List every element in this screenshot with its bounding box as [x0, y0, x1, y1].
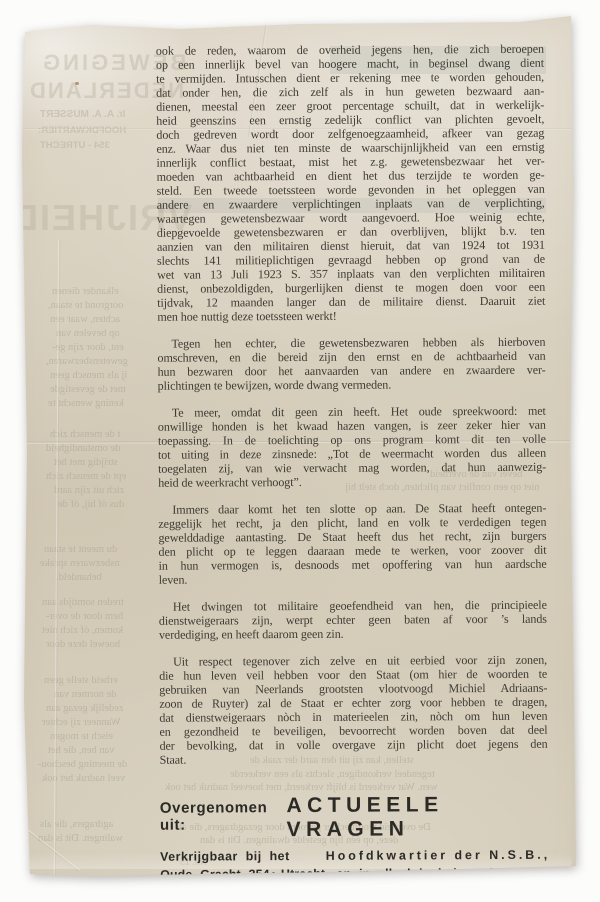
text-line: tijdvak, 12 maanden langer dan de milita… — [157, 294, 545, 310]
text-line: verdediging, en heeft daarom geen zin. — [159, 626, 547, 642]
footer-imprint: Overgenomen uit: ACTUEELE VRAGEN Verkrij… — [160, 793, 550, 882]
text-line: der bevolking, dat in volle overgave zij… — [160, 737, 548, 753]
text-line: men hoe nuttig deze toetssteen werkt! — [157, 308, 545, 324]
availability-line: Verkrijgbaar bij het Hoofdkwartier der N… — [160, 848, 550, 864]
source-title: ACTUEELE VRAGEN — [286, 793, 550, 842]
printed-content: ook de reden, waarom de overheid jegens … — [0, 0, 600, 902]
paragraph: Uit respect tegenover zich zelve en uit … — [159, 653, 548, 767]
source-line: Overgenomen uit: ACTUEELE VRAGEN — [160, 793, 550, 843]
paragraph: ook de reden, waarom de overheid jegens … — [156, 42, 545, 324]
paragraph: Te meer, omdat dit geen zin heeft. Het o… — [158, 404, 546, 490]
text-line: heid de weerkracht verhoogt”. — [158, 474, 546, 490]
source-prefix: Overgenomen uit: — [160, 799, 287, 834]
scanned-document-photo: BEWEGINGNEDERLANDIr. A. A. MUSSERTHOOFDK… — [0, 0, 600, 902]
paragraph: Immers daar komt het ten slotte op aan. … — [158, 501, 546, 587]
body-text: ook de reden, waarom de overheid jegens … — [156, 42, 548, 780]
text-line: Staat. — [160, 751, 548, 767]
availability-text: Verkrijgbaar bij het — [160, 849, 290, 864]
address-line: Oude Gracht 354, Utrecht, en in alle kri… — [160, 866, 550, 882]
text-line: leven. — [159, 571, 547, 587]
text-line: in hun vermogen is, desnoods met opoffer… — [159, 557, 547, 573]
text-line: toegelaten zij, van wie verwacht mag wor… — [158, 460, 546, 476]
text-line: hun bezwaren door het aanvaarden van and… — [158, 363, 546, 379]
text-line: plichtingen te bewijzen, worde dwang ver… — [158, 377, 546, 393]
paragraph: Het dwingen tot militaire geoefendheid v… — [159, 598, 547, 642]
text-line: dienstweigeraars zijn, werpt echter geen… — [159, 612, 547, 628]
paragraph: Tegen hen echter, die gewetensbezwaren h… — [157, 335, 545, 393]
headquarters-text: Hoofdkwartier der N.S.B., — [326, 848, 550, 863]
paper-wrapper: BEWEGINGNEDERLANDIr. A. A. MUSSERTHOOFDK… — [0, 0, 600, 902]
pamphlet-page: BEWEGINGNEDERLANDIr. A. A. MUSSERTHOOFDK… — [0, 0, 600, 902]
